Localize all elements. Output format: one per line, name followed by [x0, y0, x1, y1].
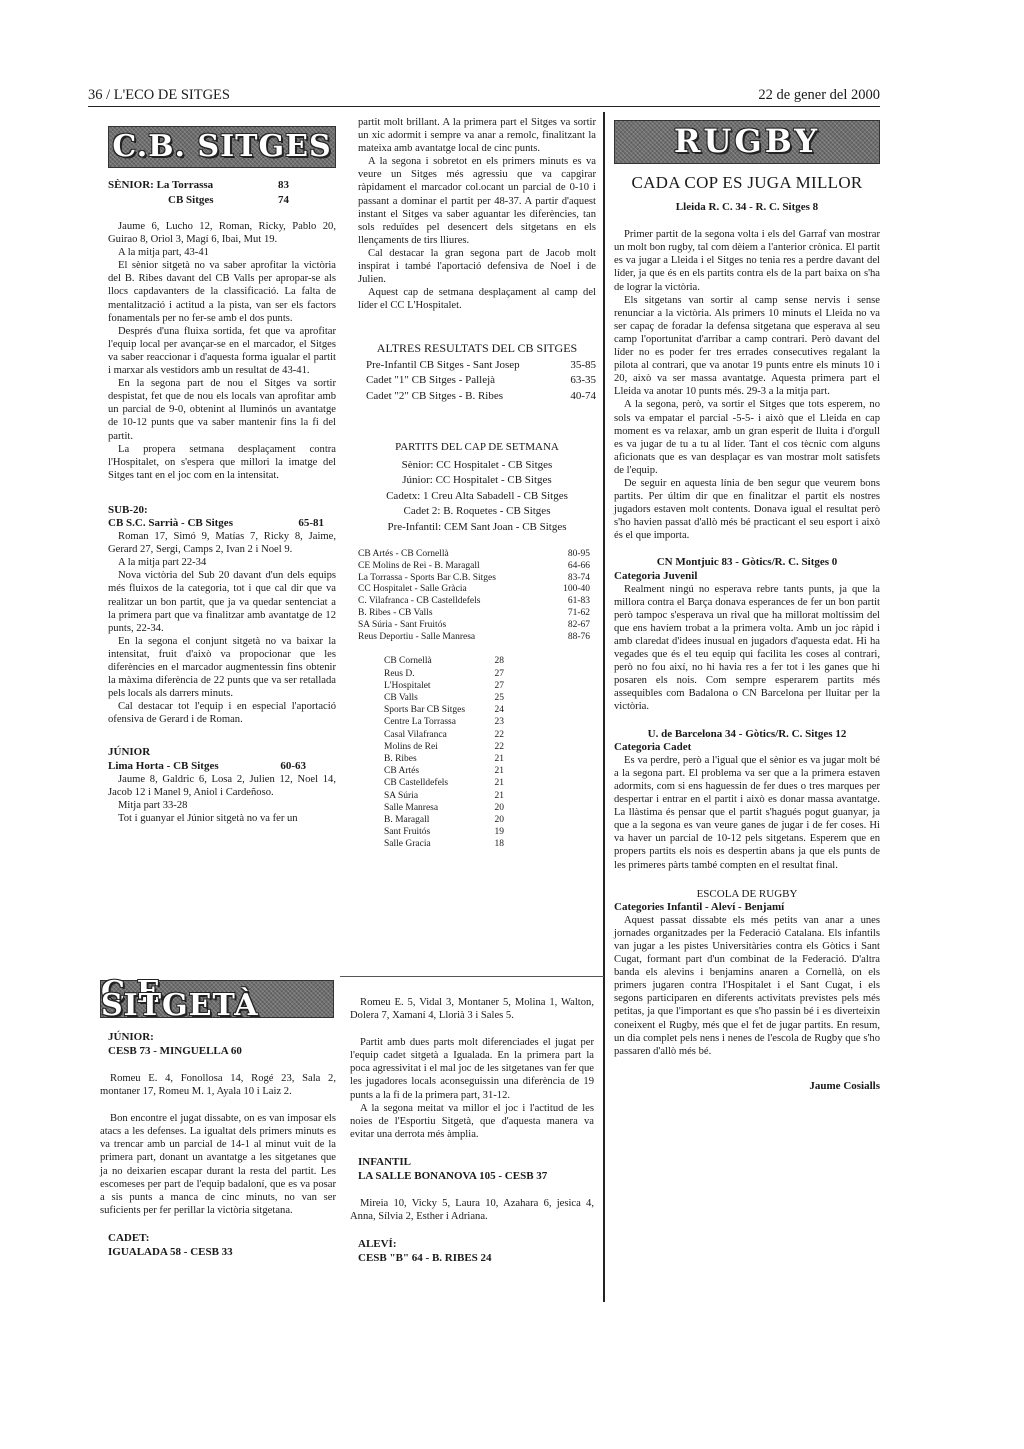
ce-alevi-result: CESB "B" 64 - B. RIBES 24	[358, 1251, 594, 1265]
junior-paragraph: partit molt brillant. A la primera part …	[358, 116, 596, 155]
standings-points: 20	[495, 802, 505, 814]
ce-infantil-players: Mireia 10, Vicky 5, Laura 10, Azahara 6,…	[350, 1197, 594, 1223]
senior-score2: 74	[278, 193, 289, 208]
standings-row: Salle Gracia18	[384, 838, 504, 850]
standings-points: 21	[495, 777, 505, 789]
standings-points: 23	[495, 716, 505, 728]
rugby-school-category: Categories Infantil - Aleví - Benjamí	[614, 901, 880, 914]
weekend-games-box: PARTITS DEL CAP DE SETMANA Sènior: CC Ho…	[358, 440, 596, 535]
rugby-paragraph3: Es va perdre, però a l'igual que el sèni…	[614, 754, 880, 872]
league-match: La Torrassa - Sports Bar C.B. Sitges	[358, 573, 496, 585]
standings-team: CB Artés	[384, 765, 419, 777]
standings-row: CB Artés21	[384, 765, 504, 777]
rugby-paragraph: Primer partit de la segona volta i els d…	[614, 228, 880, 293]
rugby-banner: RUGBY	[614, 120, 880, 164]
standings-team: Centre La Torrassa	[384, 716, 456, 728]
standings-points: 28	[495, 655, 505, 667]
standings-points: 27	[495, 668, 505, 680]
league-match: CC Hospitalet - Salle Gràcia	[358, 584, 467, 596]
rugby-match3: U. de Barcelona 34 - Gòtics/R. C. Sitges…	[614, 728, 880, 741]
standings-row: Centre La Torrassa23	[384, 716, 504, 728]
issue-date: 22 de gener del 2000	[758, 87, 880, 104]
page-header: 36 / L'ECO DE SITGES 22 de gener del 200…	[88, 86, 880, 107]
ce-sitgeta-column: C.E. SITGETÀ JÚNIOR: CESB 73 - MINGUELLA…	[100, 980, 336, 1259]
standings-row: CB Valls25	[384, 692, 504, 704]
standings-team: Reus D.	[384, 668, 415, 680]
senior-score1: 83	[278, 178, 289, 193]
newspaper-page: 36 / L'ECO DE SITGES 22 de gener del 200…	[0, 0, 1024, 1449]
column-divider	[603, 112, 605, 1302]
cb-sitges-banner-text: C.B. SITGES	[112, 140, 331, 153]
senior-label: SÈNIOR:	[108, 179, 154, 191]
junior-players: Jaume 8, Galdric 6, Losa 2, Julien 12, N…	[108, 773, 336, 799]
rugby-paragraph: De seguir en aquesta línia de ben segur …	[614, 477, 880, 542]
page-number-title: 36 / L'ECO DE SITGES	[88, 87, 230, 104]
rugby-paragraph: A la segona, però, va sortir el Sitges q…	[614, 398, 880, 477]
standings-row: L'Hospitalet27	[384, 680, 504, 692]
sub20-label: SUB-20:	[108, 504, 336, 517]
ce-junior-paragraph: Bon encontre el jugat dissabte, on es va…	[100, 1112, 336, 1217]
league-result-row: C. Vilafranca - CB Castelldefels61-83	[358, 596, 590, 608]
ce-junior-players: Romeu E. 4, Fonollosa 14, Rogé 23, Sala …	[100, 1072, 336, 1098]
senior-players: Jaume 6, Lucho 12, Roman, Ricky, Pablo 2…	[108, 220, 336, 246]
standings-row: Molins de Rei22	[384, 741, 504, 753]
standings-points: 25	[495, 692, 505, 704]
league-result-row: CC Hospitalet - Salle Gràcia100-40	[358, 584, 590, 596]
other-result-score: 63-35	[570, 373, 596, 389]
senior-team1: La Torrassa	[157, 179, 214, 191]
senior-paragraph: En la segona part de nou el Sitges va so…	[108, 377, 336, 442]
ce-cadet-paragraph: Partit amb dues parts molt diferenciades…	[350, 1036, 594, 1101]
league-score: 82-67	[568, 620, 590, 632]
sub20-players: Roman 17, Simó 9, Matías 7, Ricky 8, Jai…	[108, 530, 336, 556]
league-result-row: CE Molins de Rei - B. Maragall64-66	[358, 561, 590, 573]
league-score: 64-66	[568, 561, 590, 573]
ce-sitgeta-continued-column: Romeu E. 5, Vidal 3, Montaner 5, Molina …	[350, 996, 594, 1265]
league-score: 80-95	[568, 549, 590, 561]
league-result-row: SA Súria - Sant Fruitós82-67	[358, 620, 590, 632]
standings-team: B. Ribes	[384, 753, 417, 765]
standings-team: B. Maragall	[384, 814, 429, 826]
league-score: 100-40	[563, 584, 590, 596]
cb-sitges-banner: C.B. SITGES	[108, 126, 336, 168]
standings-team: L'Hospitalet	[384, 680, 431, 692]
sub20-result: CB S.C. Sarrià - CB Sitges 65-81	[108, 517, 336, 530]
standings-points: 21	[495, 765, 505, 777]
standings-row: B. Ribes21	[384, 753, 504, 765]
rugby-school-title: ESCOLA DE RUGBY	[614, 888, 880, 901]
rugby-category2: Categoria Juvenil	[614, 570, 880, 583]
weekend-game: Pre-Infantil: CEM Sant Joan - CB Sitges	[358, 520, 596, 536]
standings-points: 20	[495, 814, 505, 826]
rugby-banner-text: RUGBY	[674, 135, 820, 148]
league-results-table: CB Artés - CB Cornellà80-95 CE Molins de…	[358, 549, 596, 643]
standings-points: 24	[495, 704, 505, 716]
league-score: 61-83	[568, 596, 590, 608]
standings-team: Casal Vilafranca	[384, 729, 447, 741]
standings-row: CB Cornellà28	[384, 655, 504, 667]
weekend-game: Júnior: CC Hospitalet - CB Sitges	[358, 473, 596, 489]
ce-cadet-result: IGUALADA 58 - CESB 33	[108, 1245, 336, 1259]
rugby-match1: Lleida R. C. 34 - R. C. Sitges 8	[614, 201, 880, 214]
standings-row: Reus D.27	[384, 668, 504, 680]
sub20-paragraph: En la segona el conjunt sitgetà no va ba…	[108, 635, 336, 700]
league-score: 83-74	[568, 573, 590, 585]
standings-team: CB Valls	[384, 692, 418, 704]
senior-paragraph: El sènior sitgetà no va saber aprofitar …	[108, 259, 336, 324]
standings-points: 22	[495, 741, 505, 753]
ce-junior-result: CESB 73 - MINGUELLA 60	[108, 1044, 336, 1058]
standings-team: CB Cornellà	[384, 655, 432, 667]
league-score: 88-76	[568, 632, 590, 644]
author-signature: Jaume Cosialls	[614, 1080, 880, 1093]
weekend-game: Sènior: CC Hospitalet - CB Sitges	[358, 458, 596, 474]
standings-points: 18	[495, 838, 505, 850]
league-match: CE Molins de Rei - B. Maragall	[358, 561, 480, 573]
other-result-match: Cadet "2" CB Sitges - B. Ribes	[366, 389, 503, 405]
ce-alevi-label: ALEVÍ:	[358, 1237, 594, 1251]
ce-cadet-players: Romeu E. 5, Vidal 3, Montaner 5, Molina …	[350, 996, 594, 1022]
junior-score: 60-63	[280, 760, 306, 773]
ce-junior-label: JÚNIOR:	[108, 1030, 336, 1044]
other-results-box: ALTRES RESULTATS DEL CB SITGES Pre-Infan…	[358, 342, 596, 404]
junior-label: JÚNIOR	[108, 746, 336, 759]
standings-team: SA Súria	[384, 790, 418, 802]
junior-match: Lima Horta - CB Sitges	[108, 760, 219, 773]
senior-half: A la mitja part, 43-41	[108, 246, 336, 259]
other-result-row: Cadet "2" CB Sitges - B. Ribes 40-74	[358, 389, 596, 405]
standings-row: Sant Fruitós19	[384, 826, 504, 838]
weekend-title: PARTITS DEL CAP DE SETMANA	[358, 440, 596, 456]
standings-row: Sports Bar CB Sitges24	[384, 704, 504, 716]
sub20-paragraph: Nova victòria del Sub 20 davant d'un del…	[108, 569, 336, 634]
rugby-school-paragraph: Aquest passat dissabte els més petits va…	[614, 914, 880, 1058]
league-score: 71-62	[568, 608, 590, 620]
standings-table: CB Cornellà28 Reus D.27 L'Hospitalet27 C…	[384, 655, 504, 850]
rugby-category3: Categoria Cadet	[614, 741, 880, 754]
junior-result: Lima Horta - CB Sitges 60-63	[108, 760, 336, 773]
senior-paragraph: Després d'una fluixa sortida, fet que va…	[108, 325, 336, 377]
sub20-paragraph: Cal destacar tot l'equip i en especial l…	[108, 700, 336, 726]
standings-team: Salle Manresa	[384, 802, 438, 814]
standings-row: SA Súria21	[384, 790, 504, 802]
cb-sitges-continued-column: partit molt brillant. A la primera part …	[358, 116, 596, 851]
league-result-row: La Torrassa - Sports Bar C.B. Sitges83-7…	[358, 573, 590, 585]
standings-team: Sant Fruitós	[384, 826, 430, 838]
rugby-paragraph2: Realment ningú no esperava rebre tants p…	[614, 583, 880, 714]
standings-points: 21	[495, 790, 505, 802]
ce-infantil-result: LA SALLE BONANOVA 105 - CESB 37	[358, 1169, 594, 1183]
league-match: B. Ribes - CB Valls	[358, 608, 433, 620]
ce-cadet-label: CADET:	[108, 1231, 336, 1245]
ce-sitgeta-banner-text: C.E. SITGETÀ	[101, 986, 333, 1012]
rugby-column: RUGBY CADA COP ES JUGA MILLOR Lleida R. …	[614, 120, 880, 1093]
standings-team: Molins de Rei	[384, 741, 438, 753]
league-match: SA Súria - Sant Fruitós	[358, 620, 446, 632]
senior-paragraph: La propera setmana desplaçament contra l…	[108, 443, 336, 482]
league-result-row: Reus Deportiu - Salle Manresa88-76	[358, 632, 590, 644]
ce-infantil-label: INFANTIL	[358, 1155, 594, 1169]
standings-row: B. Maragall20	[384, 814, 504, 826]
league-result-row: B. Ribes - CB Valls71-62	[358, 608, 590, 620]
other-results-title: ALTRES RESULTATS DEL CB SITGES	[358, 342, 596, 355]
sub20-score: 65-81	[298, 517, 324, 530]
section-divider	[340, 976, 604, 977]
cb-sitges-column: C.B. SITGES SÈNIOR: La Torrassa 83 CB Si…	[108, 126, 336, 825]
league-match: CB Artés - CB Cornellà	[358, 549, 449, 561]
other-result-match: Pre-Infantil CB Sitges - Sant Josep	[366, 358, 520, 374]
standings-points: 22	[495, 729, 505, 741]
junior-paragraph: Aquest cap de setmana desplaçament al ca…	[358, 286, 596, 312]
ce-cadet-paragraph: A la segona meitat va millor el joc i l'…	[350, 1102, 594, 1141]
standings-team: CB Castelldefels	[384, 777, 448, 789]
weekend-game: Cadetx: 1 Creu Alta Sabadell - CB Sitges	[358, 489, 596, 505]
standings-row: Casal Vilafranca22	[384, 729, 504, 741]
standings-points: 21	[495, 753, 505, 765]
league-match: Reus Deportiu - Salle Manresa	[358, 632, 475, 644]
standings-points: 27	[495, 680, 505, 692]
standings-row: CB Castelldefels21	[384, 777, 504, 789]
ce-sitgeta-banner: C.E. SITGETÀ	[100, 980, 334, 1018]
league-result-row: CB Artés - CB Cornellà80-95	[358, 549, 590, 561]
senior-team2: CB Sitges	[108, 193, 278, 208]
other-result-score: 35-85	[570, 358, 596, 374]
standings-team: Salle Gracia	[384, 838, 431, 850]
junior-paragraph: Cal destacar la gran segona part de Jaco…	[358, 247, 596, 286]
rugby-paragraph: Els sitgetans van sortir al camp sense n…	[614, 294, 880, 399]
junior-intro: Tot i guanyar el Júnior sitgetà no va fe…	[108, 812, 336, 825]
junior-half: Mitja part 33-28	[108, 799, 336, 812]
other-result-row: Cadet "1" CB Sitges - Pallejà 63-35	[358, 373, 596, 389]
weekend-game: Cadet 2: B. Roquetes - CB Sitges	[358, 504, 596, 520]
other-result-row: Pre-Infantil CB Sitges - Sant Josep 35-8…	[358, 358, 596, 374]
other-result-match: Cadet "1" CB Sitges - Pallejà	[366, 373, 495, 389]
senior-score: SÈNIOR: La Torrassa 83 CB Sitges 74	[108, 178, 336, 208]
league-match: C. Vilafranca - CB Castelldefels	[358, 596, 480, 608]
standings-team: Sports Bar CB Sitges	[384, 704, 465, 716]
junior-paragraph: A la segona i sobretot en els primers mi…	[358, 155, 596, 247]
standings-points: 19	[495, 826, 505, 838]
sub20-half: A la mitja part 22-34	[108, 556, 336, 569]
sub20-match: CB S.C. Sarrià - CB Sitges	[108, 517, 233, 530]
rugby-headline: CADA COP ES JUGA MILLOR	[614, 176, 880, 189]
standings-row: Salle Manresa20	[384, 802, 504, 814]
other-result-score: 40-74	[570, 389, 596, 405]
rugby-match2: CN Montjuic 83 - Gòtics/R. C. Sitges 0	[614, 556, 880, 569]
